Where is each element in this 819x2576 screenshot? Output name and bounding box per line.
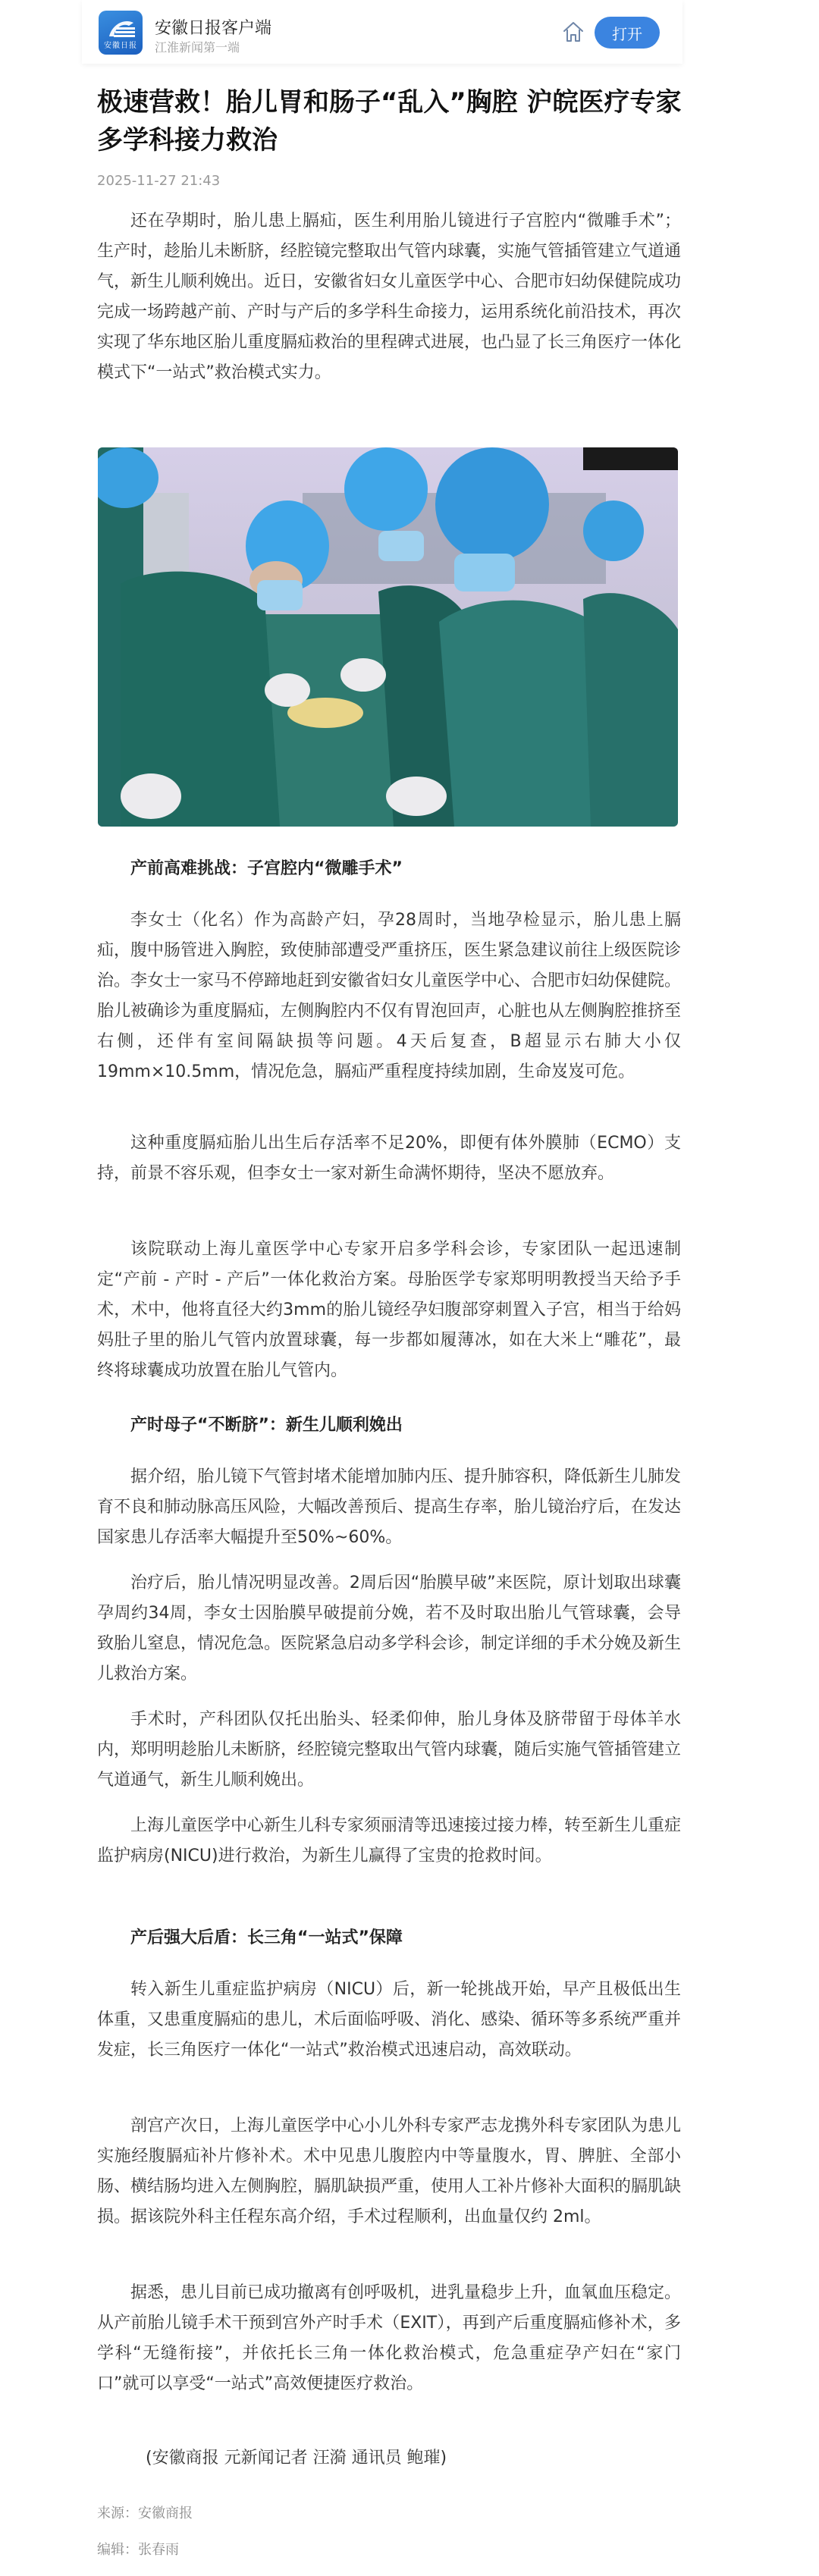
source-label: 来源：安徽商报 [97, 2502, 193, 2522]
section-heading-prenatal: 产前高难挑战：子宫腔内“微雕手术” [97, 854, 681, 884]
home-icon[interactable] [561, 20, 585, 44]
section-heading-postnatal: 产后强大后盾：长三角“一站式”保障 [97, 1923, 681, 1953]
publish-date: 2025-11-27 21:43 [97, 173, 220, 189]
article-paragraph: 手术时，产科团队仅托出胎头、轻柔仰伸，胎儿身体及脐带留于母体羊水内，郑明明趁胎儿… [97, 1705, 681, 1796]
article-photo[interactable] [98, 447, 678, 827]
article-paragraph: 据介绍，胎儿镜下气管封堵术能增加肺内压、提升肺容积，降低新生儿肺发育不良和肺动脉… [97, 1462, 681, 1553]
intro-paragraph: 还在孕期时，胎儿患上膈疝，医生利用胎儿镜进行子宫腔内“微雕手术”；生产时，趁胎儿… [97, 206, 681, 388]
reporter-credit: (安徽商报 元新闻记者 汪漪 通讯员 鲍璀) [97, 2443, 681, 2474]
article-paragraph: 剖宫产次日，上海儿童医学中心小儿外科专家严志龙携外科专家团队为患儿实施经腹膈疝补… [97, 2111, 681, 2232]
article-paragraph: 李女士（化名）作为高龄产妇，孕28周时，当地孕检显示，胎儿患上膈疝，腹中肠管进入… [97, 905, 681, 1087]
article-title: 极速营救！胎儿胃和肠子“乱入”胸腔 沪皖医疗专家多学科接力救治 [97, 83, 689, 159]
article-paragraph: 转入新生儿重症监护病房（NICU）后，新一轮挑战开始，早产且极低出生体重，又患重… [97, 1975, 681, 2066]
article-paragraph: 据悉，患儿目前已成功撤离有创呼吸机，进乳量稳步上升，血氧血压稳定。从产前胎儿镜手… [97, 2278, 681, 2399]
app-banner: 安徽日报 安徽日报客户端 江淮新闻第一端 打开 [82, 0, 682, 64]
article-paragraph: 该院联动上海儿童医学中心专家开启多学科会诊，专家团队一起迅速制定“产前 - 产时… [97, 1235, 681, 1386]
article-paragraph: 治疗后，胎儿情况明显改善。2周后因“胎膜早破”来医院，原计划取出球囊孕周约34周… [97, 1568, 681, 1690]
app-logo: 安徽日报 [99, 11, 143, 55]
section-heading-delivery: 产时母子“不断脐”：新生儿顺利娩出 [97, 1410, 681, 1441]
open-app-button[interactable]: 打开 [595, 17, 660, 49]
surgery-photo-illustration [98, 447, 678, 827]
article-paragraph: 这种重度膈疝胎儿出生后存活率不足20%，即便有体外膜肺（ECMO）支持，前景不容… [97, 1128, 681, 1189]
logo-caption: 安徽日报 [99, 39, 143, 50]
article-paragraph: 上海儿童医学中心新生儿科专家须丽清等迅速接过接力棒，转至新生儿重症监护病房(NI… [97, 1811, 681, 1872]
app-name: 安徽日报客户端 [155, 15, 271, 39]
app-slogan: 江淮新闻第一端 [155, 38, 240, 55]
editor-label: 编辑：张春雨 [97, 2539, 179, 2559]
